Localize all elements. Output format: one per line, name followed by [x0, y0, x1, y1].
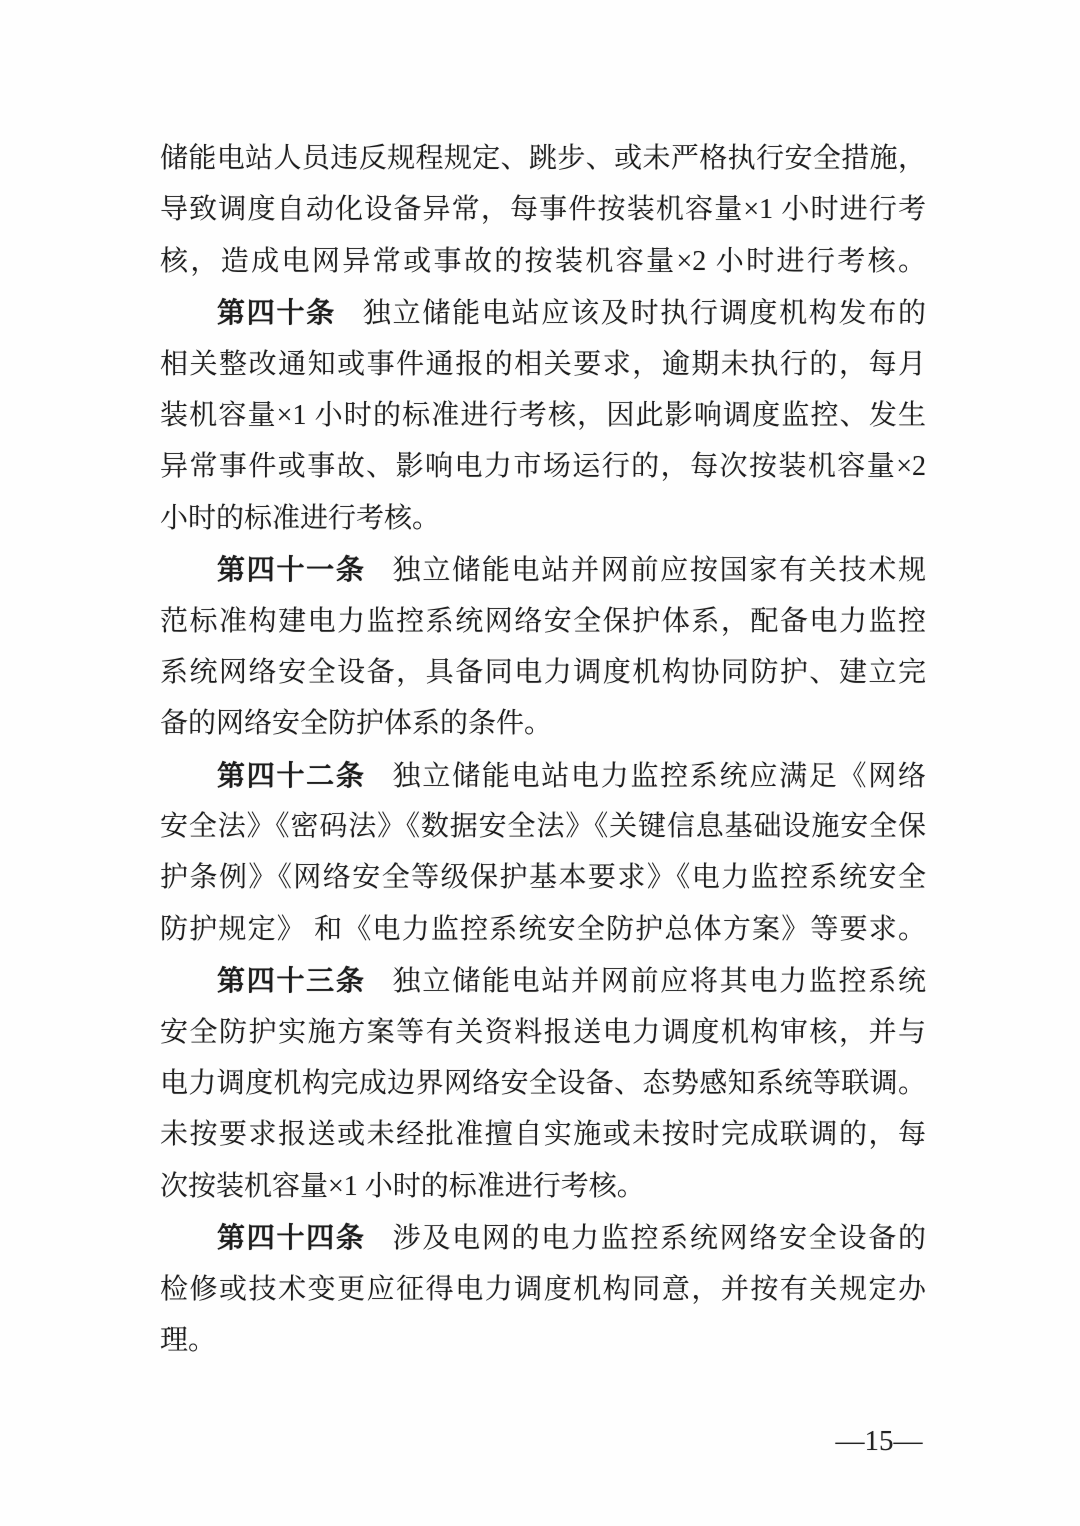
article-number: 第四十一条 [217, 554, 366, 585]
text-run: 独立储能电站并网前应将其电力监控系统 [393, 966, 926, 997]
text-line: 范标准构建电力监控系统网络安全保护体系，配备电力监控 [160, 596, 926, 647]
text-line: 第四十一条独立储能电站并网前应按国家有关技术规 [160, 544, 926, 595]
text-line: 储能电站人员违反规程规定、跳步、或未严格执行安全措施， [160, 133, 926, 184]
text-run: 涉及电网的电力监控系统网络安全设备的 [393, 1223, 926, 1254]
text-line: 防护规定》 和《电力监控系统安全防护总体方案》等要求。 [160, 904, 926, 955]
text-line: 异常事件或事故、影响电力市场运行的，每次按装机容量×2 [160, 441, 926, 492]
text-line: 核，造成电网异常或事故的按装机容量×2 小时进行考核。 [160, 236, 926, 287]
text-line: 安全防护实施方案等有关资料报送电力调度机构审核，并与 [160, 1007, 926, 1058]
document-page: 储能电站人员违反规程规定、跳步、或未严格执行安全措施，导致调度自动化设备异常，每… [0, 0, 1080, 1526]
paragraph: 第四十条独立储能电站应该及时执行调度机构发布的相关整改通知或事件通报的相关要求，… [160, 287, 926, 544]
document-body: 储能电站人员违反规程规定、跳步、或未严格执行安全措施，导致调度自动化设备异常，每… [160, 133, 926, 1366]
article-number: 第四十二条 [217, 760, 366, 791]
paragraph: 第四十四条涉及电网的电力监控系统网络安全设备的检修或技术变更应征得电力调度机构同… [160, 1212, 926, 1366]
text-run: 独立储能电站应该及时执行调度机构发布的 [363, 298, 926, 329]
text-line: 第四十二条独立储能电站电力监控系统应满足《网络 [160, 750, 926, 801]
text-line: 小时的标准进行考核。 [160, 493, 926, 544]
text-run: 独立储能电站并网前应按国家有关技术规 [393, 555, 926, 586]
paragraph: 储能电站人员违反规程规定、跳步、或未严格执行安全措施，导致调度自动化设备异常，每… [160, 133, 926, 287]
text-line: 电力调度机构完成边界网络安全设备、态势感知系统等联调。 [160, 1058, 926, 1109]
article-number: 第四十四条 [217, 1222, 366, 1253]
text-line: 第四十条独立储能电站应该及时执行调度机构发布的 [160, 287, 926, 338]
text-line: 第四十三条独立储能电站并网前应将其电力监控系统 [160, 955, 926, 1006]
paragraph: 第四十三条独立储能电站并网前应将其电力监控系统安全防护实施方案等有关资料报送电力… [160, 955, 926, 1212]
page-number: —15— [834, 1421, 924, 1461]
article-number: 第四十三条 [217, 965, 366, 996]
text-line: 相关整改通知或事件通报的相关要求，逾期未执行的，每月 [160, 339, 926, 390]
text-run: 独立储能电站电力监控系统应满足《网络 [393, 761, 926, 792]
text-line: 护条例》《网络安全等级保护基本要求》《电力监控系统安全 [160, 852, 926, 903]
text-line: 安全法》《密码法》《数据安全法》《关键信息基础设施安全保 [160, 801, 926, 852]
text-line: 理。 [160, 1315, 926, 1366]
text-line: 第四十四条涉及电网的电力监控系统网络安全设备的 [160, 1212, 926, 1263]
text-line: 次按装机容量×1 小时的标准进行考核。 [160, 1161, 926, 1212]
text-line: 装机容量×1 小时的标准进行考核，因此影响调度监控、发生 [160, 390, 926, 441]
text-line: 导致调度自动化设备异常，每事件按装机容量×1 小时进行考 [160, 184, 926, 235]
article-number: 第四十条 [217, 297, 336, 328]
text-line: 检修或技术变更应征得电力调度机构同意，并按有关规定办 [160, 1264, 926, 1315]
paragraph: 第四十一条独立储能电站并网前应按国家有关技术规范标准构建电力监控系统网络安全保护… [160, 544, 926, 750]
text-line: 未按要求报送或未经批准擅自实施或未按时完成联调的，每 [160, 1109, 926, 1160]
paragraph: 第四十二条独立储能电站电力监控系统应满足《网络安全法》《密码法》《数据安全法》《… [160, 750, 926, 956]
text-line: 系统网络安全设备，具备同电力调度机构协同防护、建立完 [160, 647, 926, 698]
text-line: 备的网络安全防护体系的条件。 [160, 698, 926, 749]
